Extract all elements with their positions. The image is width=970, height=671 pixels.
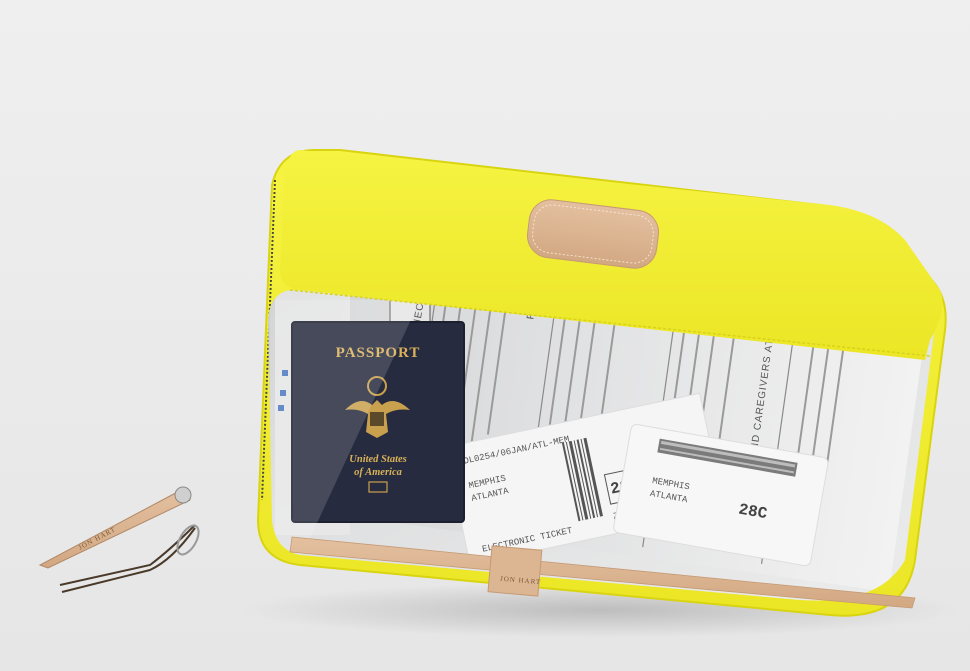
product-photo: RING THE HOME FAMILY AND CAREGIVERS AT H…: [0, 0, 970, 671]
svg-text:United States: United States: [349, 454, 406, 465]
svg-text:of America: of America: [354, 467, 402, 478]
